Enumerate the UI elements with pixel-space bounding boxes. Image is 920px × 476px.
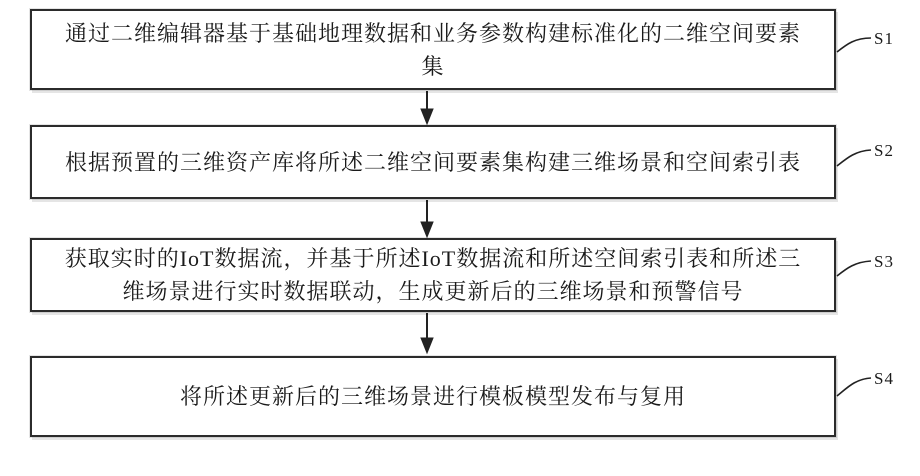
step-s1-text-line1: 通过二维编辑器基于基础地理数据和业务参数构建标准化的二维空间要素 (65, 17, 801, 50)
leader-s2 (837, 150, 871, 166)
leader-s3 (837, 261, 871, 276)
step-label-s1: S1 (874, 29, 894, 49)
leader-s1 (837, 38, 871, 52)
step-s3-text-line1: 获取实时的IoT数据流，并基于所述IoT数据流和所述空间索引表和所述三 (65, 242, 802, 275)
step-s2-text-line1: 根据预置的三维资产库将所述二维空间要素集构建三维场景和空间索引表 (65, 146, 801, 179)
step-s1-text-line2: 集 (421, 50, 444, 83)
step-s4-text-line1: 将所述更新后的三维场景进行模板模型发布与复用 (180, 380, 686, 413)
arrow-s2-s3-head (421, 222, 433, 237)
arrow-s1-s2-head (421, 109, 433, 124)
step-box-s4: 将所述更新后的三维场景进行模板模型发布与复用 (30, 356, 836, 437)
step-label-s3: S3 (874, 252, 894, 272)
leader-s4 (837, 378, 871, 396)
flowchart-figure: 通过二维编辑器基于基础地理数据和业务参数构建标准化的二维空间要素 集 根据预置的… (0, 0, 920, 476)
step-box-s2: 根据预置的三维资产库将所述二维空间要素集构建三维场景和空间索引表 (30, 125, 836, 199)
arrow-s3-s4-head (421, 338, 433, 353)
step-label-s2: S2 (874, 141, 894, 161)
step-s3-text-line2: 维场景进行实时数据联动，生成更新后的三维场景和预警信号 (122, 275, 743, 308)
step-label-s4: S4 (874, 369, 894, 389)
step-box-s1: 通过二维编辑器基于基础地理数据和业务参数构建标准化的二维空间要素 集 (30, 9, 836, 90)
step-box-s3: 获取实时的IoT数据流，并基于所述IoT数据流和所述空间索引表和所述三 维场景进… (30, 238, 836, 312)
